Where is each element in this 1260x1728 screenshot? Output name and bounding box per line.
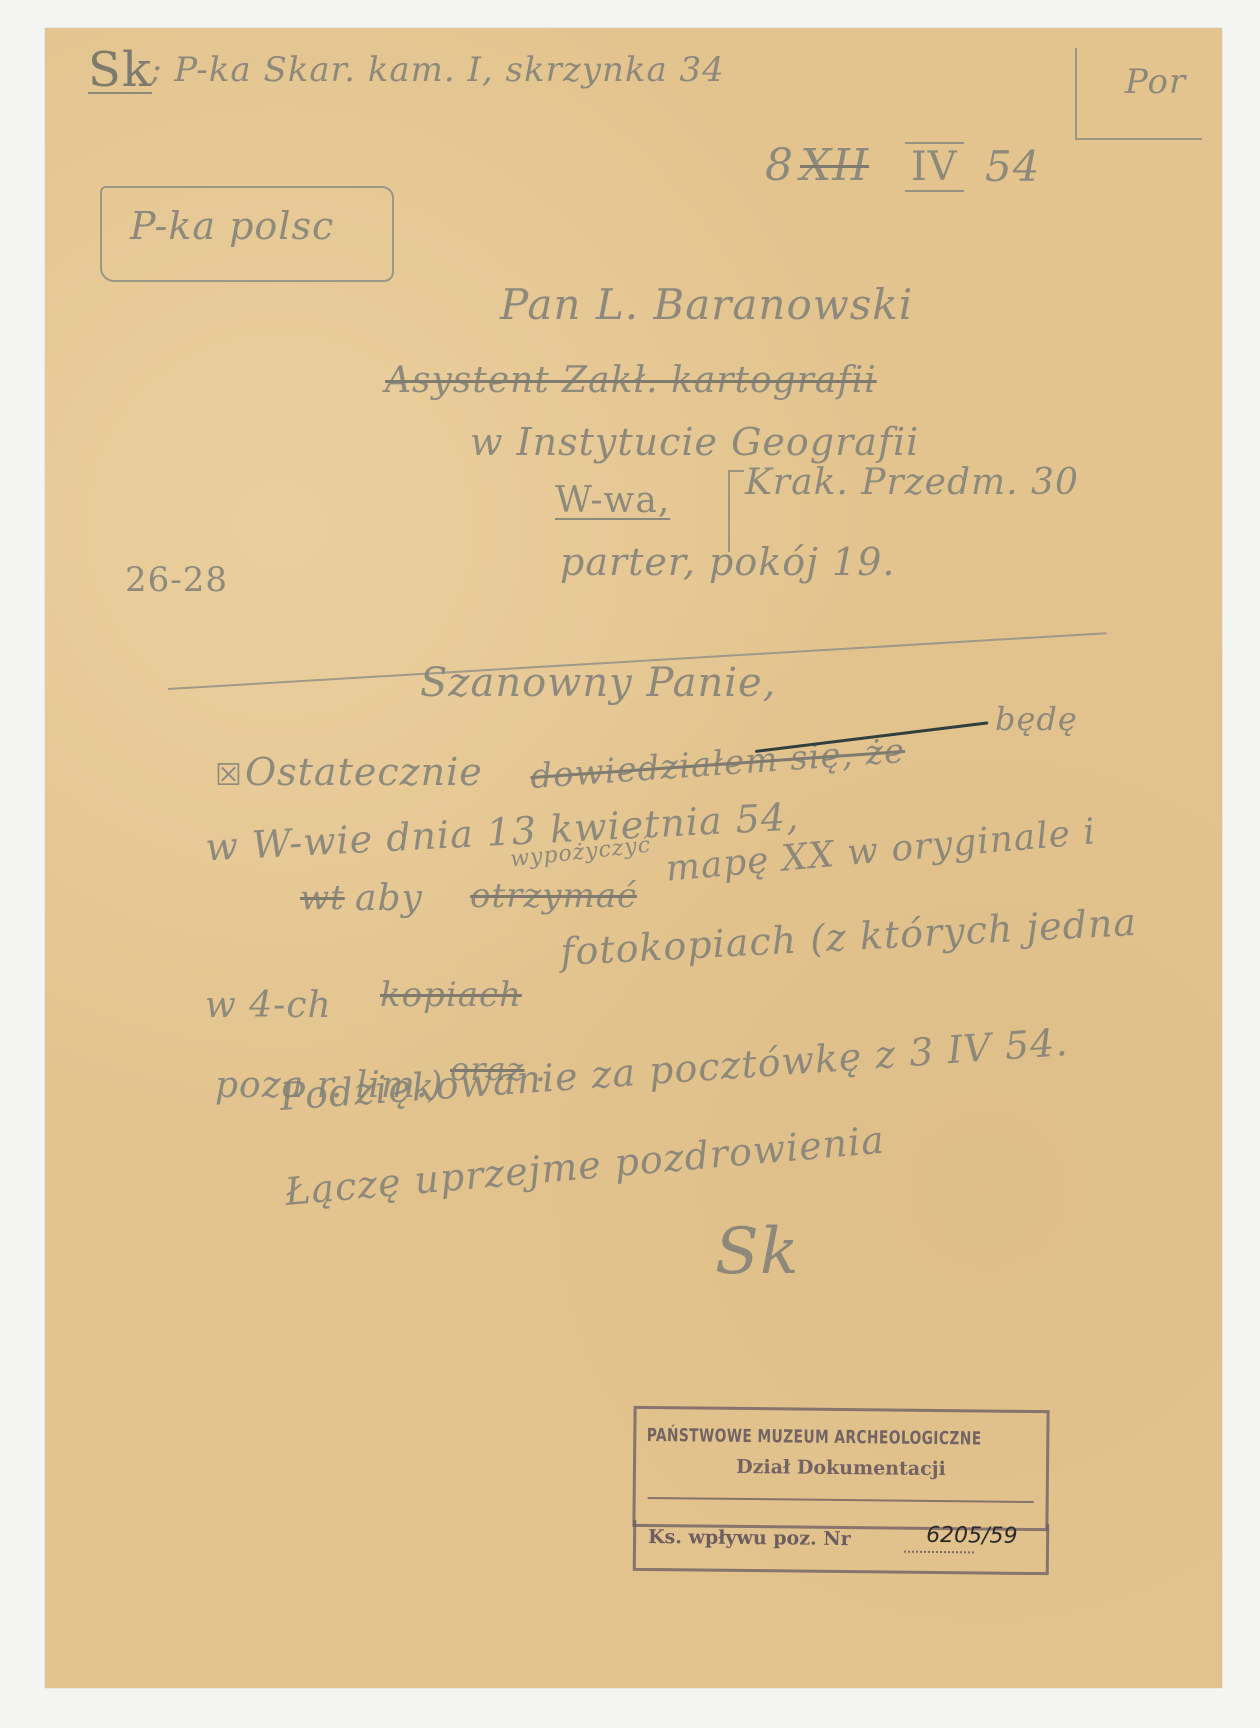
body-line-3-text: aby [355,878,423,919]
body-line-1-mark: ☒ [215,758,243,793]
body-line-3-crossed: otrzymać [470,876,637,916]
stamp-entry-row: Ks. wpływu poz. Nr 6205/59 [633,1520,1050,1575]
stamp-line-2: Dział Dokumentacji [636,1455,1046,1481]
body-line-1-rest: będę [995,700,1078,738]
body-line-1-text: Ostatecznie [245,750,483,794]
date-crossed: XII [800,140,869,191]
archive-stamp: PAŃSTWOWE MUZEUM ARCHEOLOGICZNE Dział Do… [632,1406,1049,1531]
date-month: IV [905,142,964,192]
header-reference: ; P-ka Skar. kam. I, skrzynka 34 [150,50,725,90]
body-line-4-crossed: kopiach [380,975,522,1015]
stamp-line-1: PAŃSTWOWE MUZEUM ARCHEOLOGICZNE [646,1425,982,1450]
signature: Sk [715,1215,800,1289]
body-line-4-text: w 4-ch [205,985,332,1026]
page-range: 26-28 [125,560,228,600]
address-room: parter, pokój 19. [560,540,895,584]
address-title-crossed: Asystent Zakł. kartografii [385,360,877,401]
address-city: W-wa, [555,480,670,521]
salutation: Szanowny Panie, [420,660,776,706]
date-prefix: 8 [765,140,794,191]
stamp-entry-dots [904,1551,974,1554]
corner-note: Por [1125,62,1186,102]
header-initials: Sk [88,42,152,98]
stamp-entry-number: 6205/59 [926,1523,1018,1549]
stamp-entry-label: Ks. wpływu poz. Nr [648,1526,851,1550]
stamp-separator [648,1497,1034,1503]
date-year: 54 [985,142,1040,191]
boxed-note: P-ka polsc [130,204,334,248]
address-institution: w Instytucie Geografii [470,420,919,464]
address-name: Pan L. Baranowski [500,280,913,329]
body-line-3-crossed-before: wt [300,878,345,918]
address-street: Krak. Przedm. 30 [745,462,1079,503]
